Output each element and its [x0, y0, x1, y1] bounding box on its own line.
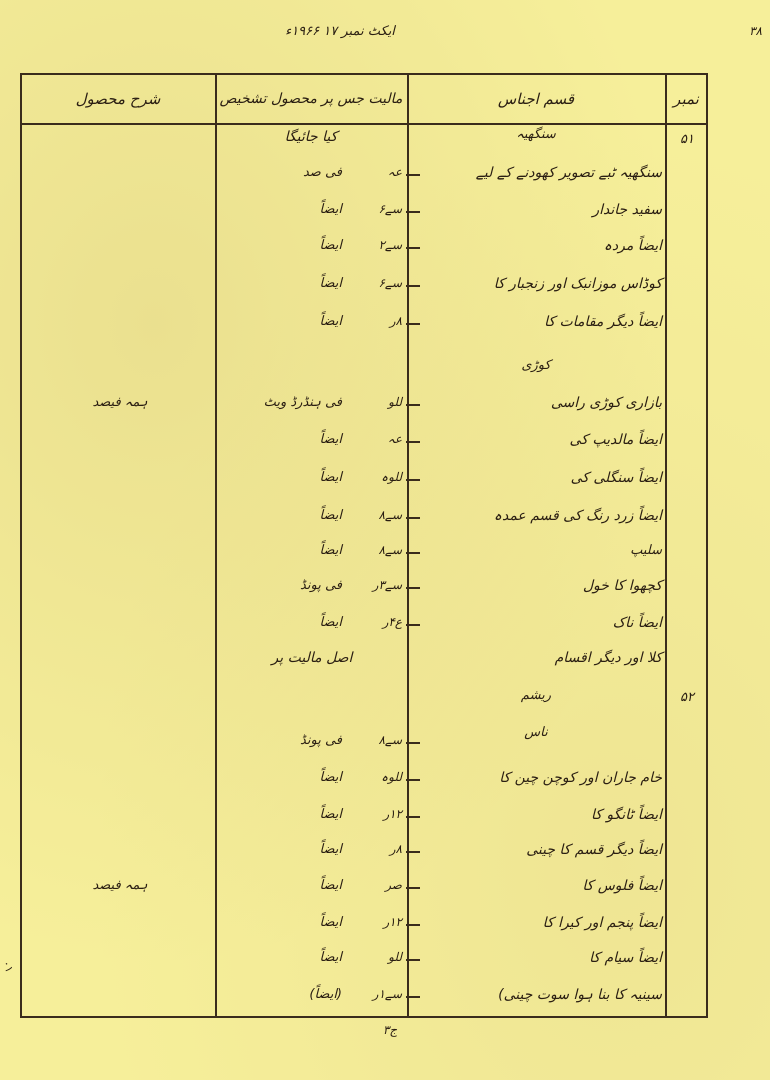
valuation-unit: فی ہنڈرڈ ویٹ [222, 395, 342, 410]
ditto-dash [406, 323, 420, 325]
ditto-dash [406, 174, 420, 176]
section-heading: سنگھیہ [410, 127, 662, 142]
valuation-unit: فی پونڈ [222, 733, 342, 748]
duty-remark: ہمہ فیصد [30, 878, 210, 893]
valuation-unit: ایضاً [222, 842, 342, 857]
item-name: کچھوا کا خول [410, 578, 662, 594]
rate-value: ۸ر [350, 842, 402, 856]
valuation-unit: ایضاً [222, 543, 342, 558]
valuation-unit: ایضاً [222, 915, 342, 930]
valuation-unit: ایضاً [222, 432, 342, 447]
rate-value: سے۸ [350, 733, 402, 747]
ditto-dash [406, 587, 420, 589]
item-name: ایضاً مالدیپ کی [410, 432, 662, 448]
column-header-number: نمبر [666, 80, 706, 118]
ditto-dash [406, 851, 420, 853]
valuation-unit: ایضاً [222, 508, 342, 523]
item-name: ایضاً ٹانگو کا [410, 807, 662, 823]
item-name: ایضاً پنجم اور کیرا کا [410, 915, 662, 931]
margin-note: ۰۱ [0, 959, 16, 975]
item-name: بازاری کوڑی راسی [410, 395, 662, 411]
serial-number: ۵۲ [672, 690, 702, 705]
item-name: ایضاً ناک [410, 615, 662, 631]
rate-value: سے۸ [350, 508, 402, 522]
section-heading: ریشم [410, 688, 662, 703]
rate-value: ۱۲ر [350, 915, 402, 929]
ditto-dash [406, 816, 420, 818]
rate-value: ۱۲ر [350, 807, 402, 821]
rate-value: سے۱ر [350, 987, 402, 1001]
duty-remark: ہمہ فیصد [30, 395, 210, 410]
item-name: ایضاً سیام کا [410, 950, 662, 966]
ditto-dash [406, 924, 420, 926]
valuation-unit: ایضاً [222, 807, 342, 822]
ditto-dash [406, 996, 420, 998]
column-divider [215, 73, 217, 1018]
item-name: سنگھیہ ٹبے تصویر کھودنے کے لیے [410, 165, 662, 181]
serial-number: ۵۱ [672, 132, 702, 147]
footer-mark: ج۳ [370, 1023, 410, 1037]
ditto-dash [406, 285, 420, 287]
rate-value: ع۴ر [350, 615, 402, 629]
column-header-item: قسم اجناس [408, 80, 664, 118]
rate-value: سے۸ [350, 543, 402, 557]
column-header-valuation: مالیت جس پر محصول تشخیص کیا جائیگا [216, 80, 406, 118]
document-title: ایکٹ نمبر ۱۷ ۱۹۶۶ء [265, 24, 415, 39]
valuation-unit: ایضاً [222, 470, 342, 485]
item-name: ایضاً مردہ [410, 238, 662, 254]
column-divider [665, 73, 667, 1018]
rate-value: للوہ [350, 770, 402, 784]
item-name: کوڈاس موزانبک اور زنجبار کا [410, 276, 662, 292]
ditto-dash [406, 517, 420, 519]
rate-value: سے۶ [350, 276, 402, 290]
valuation-unit: ایضاً [222, 615, 342, 630]
ditto-dash [406, 552, 420, 554]
valuation-unit: ایضاً [222, 314, 342, 329]
item-name: ایضاً زرد رنگ کی قسم عمدہ [410, 508, 662, 524]
column-header-duty: شرح محصول [22, 80, 214, 118]
ditto-dash [406, 247, 420, 249]
valuation-note: اصل مالیت پر [222, 650, 402, 666]
item-name: ایضاً فلوس کا [410, 878, 662, 894]
rate-value: للو [350, 395, 402, 409]
rate-value: سے۳ر [350, 578, 402, 592]
ditto-dash [406, 624, 420, 626]
valuation-unit: (ایضاً) [222, 987, 342, 1002]
valuation-unit: ایضاً [222, 238, 342, 253]
valuation-unit: فی صد [222, 165, 342, 180]
rate-value: ۸ر [350, 314, 402, 328]
rate-value: عہ [350, 165, 402, 179]
ditto-dash [406, 404, 420, 406]
ditto-dash [406, 742, 420, 744]
ditto-dash [406, 779, 420, 781]
valuation-unit: ایضاً [222, 202, 342, 217]
rate-value: سے۲ [350, 238, 402, 252]
rate-value: عہ [350, 432, 402, 446]
rate-value: للوہ [350, 470, 402, 484]
ditto-dash [406, 441, 420, 443]
rate-value: صر [350, 878, 402, 892]
section-heading: سلیپ [410, 543, 662, 558]
valuation-unit: ایضاً [222, 950, 342, 965]
ditto-dash [406, 479, 420, 481]
section-heading: کوڑی [410, 358, 662, 373]
item-name: ایضاً سنگلی کی [410, 470, 662, 486]
section-heading: ناس [410, 725, 662, 740]
ditto-dash [406, 959, 420, 961]
item-name: ایضاً دیگر مقامات کا [410, 314, 662, 330]
valuation-unit: ایضاً [222, 878, 342, 893]
valuation-unit: ایضاً [222, 276, 342, 291]
rate-value: سے۶ [350, 202, 402, 216]
header-divider [20, 123, 708, 125]
item-name: سینیہ کا بنا ہوا سوت چینی) [410, 987, 662, 1003]
item-name: سفید جاندار [410, 202, 662, 218]
ditto-dash [406, 887, 420, 889]
valuation-unit: فی پونڈ [222, 578, 342, 593]
valuation-unit: ایضاً [222, 770, 342, 785]
item-name: کلا اور دیگر اقسام [410, 650, 662, 666]
item-name: خام جاران اور کوچن چین کا [410, 770, 662, 786]
page-number: ۳۸ [712, 24, 762, 38]
item-name: ایضاً دیگر قسم کا چینی [410, 842, 662, 858]
column-divider [407, 73, 409, 1018]
ditto-dash [406, 211, 420, 213]
rate-value: للو [350, 950, 402, 964]
